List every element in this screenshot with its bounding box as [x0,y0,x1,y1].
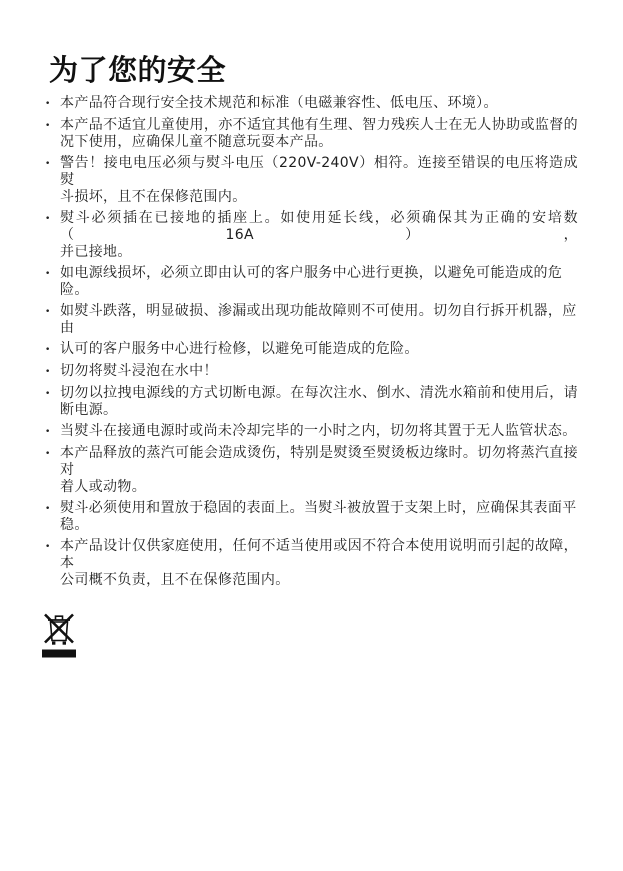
safety-item-text: 本产品不适宜儿童使用，亦不适宜其他有生理、智力残疾人士在无人协助或监督的况下使用… [60,117,578,151]
bullet-marker-icon: • [45,210,60,261]
safety-item-line: 本产品不适宜儿童使用，亦不适宜其他有生理、智力残疾人士在无人协助或监督的 [60,117,578,134]
safety-item-text: 本产品设计仅供家庭使用，任何不适当使用或因不符合本使用说明而引起的故障，本公司概… [60,538,578,589]
bullet-marker-icon: • [45,95,60,113]
safety-item-line: 本产品释放的蒸汽可能会造成烫伤，特别是熨烫至熨烫板边缘时。切勿将蒸汽直接对 [60,445,578,479]
safety-item-text: 熨斗必须插在已接地的插座上。如使用延长线，必须确保其为正确的安培数（16A），并… [60,210,578,261]
bullet-marker-icon: • [45,423,60,441]
safety-item-text: 当熨斗在接通电源时或尚未冷却完毕的一小时之内，切勿将其置于无人监管状态。 [60,423,578,441]
safety-item-line: 当熨斗在接通电源时或尚未冷却完毕的一小时之内，切勿将其置于无人监管状态。 [60,423,578,440]
bullet-marker-icon: • [45,303,60,337]
bullet-marker-icon: • [45,445,60,496]
safety-list-item: •如电源线损坏，必须立即由认可的客户服务中心进行更换，以避免可能造成的危险。 [45,265,578,299]
safety-item-text: 熨斗必须使用和置放于稳固的表面上。当熨斗被放置于支架上时，应确保其表面平稳。 [60,500,578,534]
bullet-marker-icon: • [45,265,60,299]
manual-page: 为了您的安全 •本产品符合现行安全技术规范和标准（电磁兼容性、低电压、环境）。•… [0,0,623,871]
safety-item-line: 本产品符合现行安全技术规范和标准（电磁兼容性、低电压、环境）。 [60,95,578,112]
safety-list-item: •本产品释放的蒸汽可能会造成烫伤，特别是熨烫至熨烫板边缘时。切勿将蒸汽直接对着人… [45,445,578,496]
bullet-marker-icon: • [45,117,60,151]
bullet-marker-icon: • [45,363,60,381]
safety-item-text: 警告！接电电压必须与熨斗电压（220V-240V）相符。连接至错误的电压将造成熨… [60,155,578,206]
safety-list-item: •认可的客户服务中心进行检修，以避免可能造成的危险。 [45,341,578,359]
safety-item-text: 切勿以拉拽电源线的方式切断电源。在每次注水、倒水、清洗水箱前和使用后，请断电源。 [60,385,578,419]
safety-list-item: •本产品设计仅供家庭使用，任何不适当使用或因不符合本使用说明而引起的故障，本公司… [45,538,578,589]
safety-list-item: •本产品不适宜儿童使用，亦不适宜其他有生理、智力残疾人士在无人协助或监督的况下使… [45,117,578,151]
safety-item-line: 切勿将熨斗浸泡在水中！ [60,363,578,380]
safety-item-line: 熨斗必须插在已接地的插座上。如使用延长线，必须确保其为正确的安培数（16A）， [60,210,578,244]
bullet-marker-icon: • [45,500,60,534]
safety-item-text: 切勿将熨斗浸泡在水中！ [60,363,578,381]
safety-list-item: •当熨斗在接通电源时或尚未冷却完毕的一小时之内，切勿将其置于无人监管状态。 [45,423,578,441]
bullet-marker-icon: • [45,538,60,589]
safety-item-text: 如电源线损坏，必须立即由认可的客户服务中心进行更换，以避免可能造成的危险。 [60,265,578,299]
safety-item-line: 并已接地。 [60,244,578,261]
safety-item-text: 如熨斗跌落，明显破损、渗漏或出现功能故障则不可使用。切勿自行拆开机器，应由 [60,303,578,337]
bullet-marker-icon: • [45,341,60,359]
safety-item-text: 本产品符合现行安全技术规范和标准（电磁兼容性、低电压、环境）。 [60,95,578,113]
safety-item-line: 公司概不负责，且不在保修范围内。 [60,572,578,589]
safety-item-line: 熨斗必须使用和置放于稳固的表面上。当熨斗被放置于支架上时，应确保其表面平稳。 [60,500,578,534]
bullet-marker-icon: • [45,385,60,419]
page-title: 为了您的安全 [49,52,226,88]
safety-list-item: •如熨斗跌落，明显破损、渗漏或出现功能故障则不可使用。切勿自行拆开机器，应由 [45,303,578,337]
safety-item-line: 况下使用，应确保儿童不随意玩耍本产品。 [60,134,578,151]
safety-item-line: 警告！接电电压必须与熨斗电压（220V-240V）相符。连接至错误的电压将造成熨 [60,155,578,189]
safety-item-line: 着人或动物。 [60,479,578,496]
safety-list-item: •本产品符合现行安全技术规范和标准（电磁兼容性、低电压、环境）。 [45,95,578,113]
safety-list-item: •警告！接电电压必须与熨斗电压（220V-240V）相符。连接至错误的电压将造成… [45,155,578,206]
safety-item-line: 如熨斗跌落，明显破损、渗漏或出现功能故障则不可使用。切勿自行拆开机器，应由 [60,303,578,337]
safety-item-line: 断电源。 [60,402,578,419]
safety-item-line: 认可的客户服务中心进行检修，以避免可能造成的危险。 [60,341,578,358]
safety-list-item: •切勿将熨斗浸泡在水中！ [45,363,578,381]
bullet-marker-icon: • [45,155,60,206]
safety-item-line: 斗损坏，且不在保修范围内。 [60,189,578,206]
safety-item-line: 切勿以拉拽电源线的方式切断电源。在每次注水、倒水、清洗水箱前和使用后，请 [60,385,578,402]
safety-item-line: 如电源线损坏，必须立即由认可的客户服务中心进行更换，以避免可能造成的危险。 [60,265,578,299]
safety-list-item: •熨斗必须插在已接地的插座上。如使用延长线，必须确保其为正确的安培数（16A），… [45,210,578,261]
safety-item-text: 认可的客户服务中心进行检修，以避免可能造成的危险。 [60,341,578,359]
safety-list: •本产品符合现行安全技术规范和标准（电磁兼容性、低电压、环境）。•本产品不适宜儿… [45,95,578,593]
safety-list-item: •熨斗必须使用和置放于稳固的表面上。当熨斗被放置于支架上时，应确保其表面平稳。 [45,500,578,534]
safety-item-text: 本产品释放的蒸汽可能会造成烫伤，特别是熨烫至熨烫板边缘时。切勿将蒸汽直接对着人或… [60,445,578,496]
weee-crossed-out-wheeled-bin-icon [42,613,76,658]
safety-item-line: 本产品设计仅供家庭使用，任何不适当使用或因不符合本使用说明而引起的故障，本 [60,538,578,572]
safety-list-item: •切勿以拉拽电源线的方式切断电源。在每次注水、倒水、清洗水箱前和使用后，请断电源… [45,385,578,419]
